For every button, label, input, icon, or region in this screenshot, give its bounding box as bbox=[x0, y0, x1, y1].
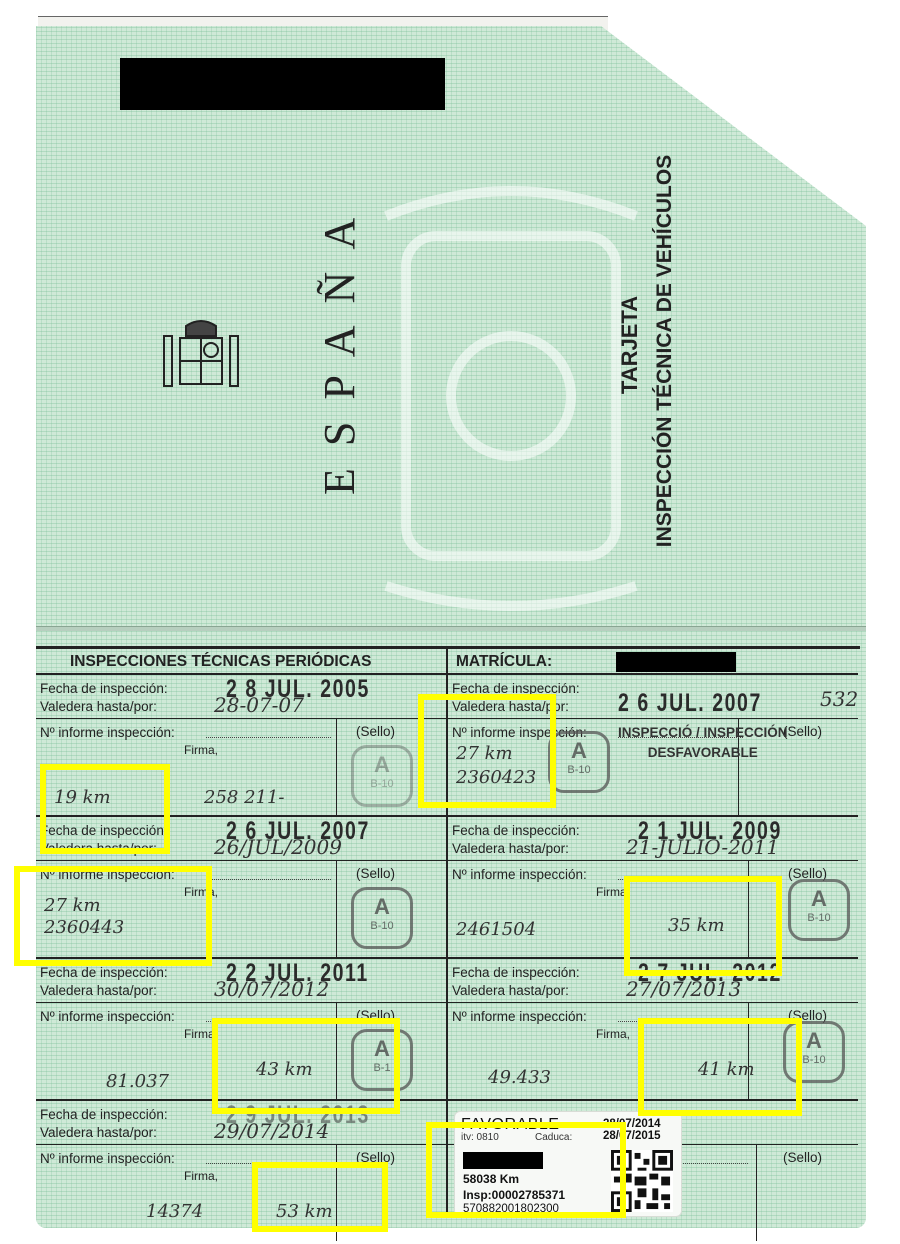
valedera-label: Valedera hasta/por: bbox=[40, 1125, 157, 1140]
report-number: 14374 bbox=[146, 1201, 203, 1222]
highlight-box bbox=[418, 694, 556, 808]
inspection-seal-icon: AB-10 bbox=[351, 887, 413, 949]
sello-label: (Sello) bbox=[356, 724, 395, 739]
fecha-label: Fecha de inspección: bbox=[40, 681, 168, 696]
inspection-seal-icon: AB-10 bbox=[548, 731, 610, 793]
redacted-owner-name bbox=[120, 58, 445, 110]
valedera-label: Valedera hasta/por: bbox=[452, 841, 569, 856]
firma-label: Firma, bbox=[184, 743, 218, 757]
informe-label: Nº informe inspección: bbox=[40, 1151, 175, 1166]
highlight-box bbox=[624, 876, 782, 976]
firma-label: Firma, bbox=[184, 1169, 218, 1183]
report-number: 258 211- bbox=[204, 787, 285, 808]
plate-label: MATRÍCULA: bbox=[456, 653, 552, 670]
informe-label: Nº informe inspección: bbox=[40, 1009, 175, 1024]
card-title: INSPECCIÓN TÉCNICA DE VEHÍCULOS bbox=[649, 141, 681, 561]
card-word: TARJETA bbox=[615, 265, 645, 425]
highlight-box bbox=[212, 1018, 400, 1114]
valid-until: 29/07/2014 bbox=[214, 1119, 329, 1143]
inspection-seal-icon: AB-10 bbox=[788, 879, 850, 941]
valid-until: 28-07-07 bbox=[214, 693, 304, 717]
watermark-coat-of-arms-icon bbox=[366, 176, 656, 616]
valid-until: 21-JULIO-2011 bbox=[626, 835, 779, 859]
redacted-plate bbox=[616, 652, 736, 672]
highlight-box bbox=[14, 866, 212, 966]
fecha-label: Fecha de inspección: bbox=[452, 823, 580, 838]
fecha-label: Fecha de inspección: bbox=[40, 965, 168, 980]
stamp-line-2: DESFAVORABLE bbox=[618, 743, 788, 763]
valid-until: 27/07/2013 bbox=[626, 977, 741, 1001]
sello-label: (Sello) bbox=[783, 724, 822, 739]
stamp-line-1: INSPECCIÓ / INSPECCIÓN bbox=[618, 723, 788, 743]
valid-until: 26/JUL/2009 bbox=[214, 835, 342, 859]
sello-label: (Sello) bbox=[356, 866, 395, 881]
informe-label: Nº informe inspección: bbox=[452, 1009, 587, 1024]
inspection-date: 2 6 JUL. 2007 bbox=[618, 689, 762, 718]
highlight-box bbox=[638, 1018, 802, 1116]
country-title: ESPAÑA bbox=[315, 235, 365, 495]
spain-coat-of-arms-icon bbox=[158, 316, 244, 400]
highlight-box bbox=[252, 1162, 388, 1232]
left-header: INSPECCIONES TÉCNICAS PERIÓDICAS bbox=[36, 649, 446, 675]
valedera-label: Valedera hasta/por: bbox=[40, 983, 157, 998]
fecha-label: Fecha de inspección: bbox=[452, 965, 580, 980]
report-number: 81.037 bbox=[106, 1071, 169, 1092]
informe-label: Nº informe inspección: bbox=[40, 725, 175, 740]
report-number: 2461504 bbox=[456, 919, 536, 940]
report-number: 49.433 bbox=[488, 1067, 551, 1088]
extra-note: 532 bbox=[820, 687, 858, 711]
valid-until: 30/07/2012 bbox=[214, 977, 329, 1001]
valedera-label: Valedera hasta/por: bbox=[40, 699, 157, 714]
informe-label: Nº informe inspección: bbox=[452, 867, 587, 882]
sello-label: (Sello) bbox=[783, 1150, 822, 1165]
highlight-box bbox=[426, 1122, 626, 1218]
highlight-box bbox=[40, 764, 170, 854]
fold-line bbox=[36, 626, 866, 631]
inspection-seal-icon: AB-10 bbox=[351, 745, 413, 807]
firma-label: Firma, bbox=[596, 1027, 630, 1041]
valedera-label: Valedera hasta/por: bbox=[452, 983, 569, 998]
fecha-label: Fecha de inspección: bbox=[40, 1107, 168, 1122]
right-header: MATRÍCULA: bbox=[448, 649, 858, 675]
unfavorable-stamp: INSPECCIÓ / INSPECCIÓN DESFAVORABLE bbox=[618, 723, 788, 763]
